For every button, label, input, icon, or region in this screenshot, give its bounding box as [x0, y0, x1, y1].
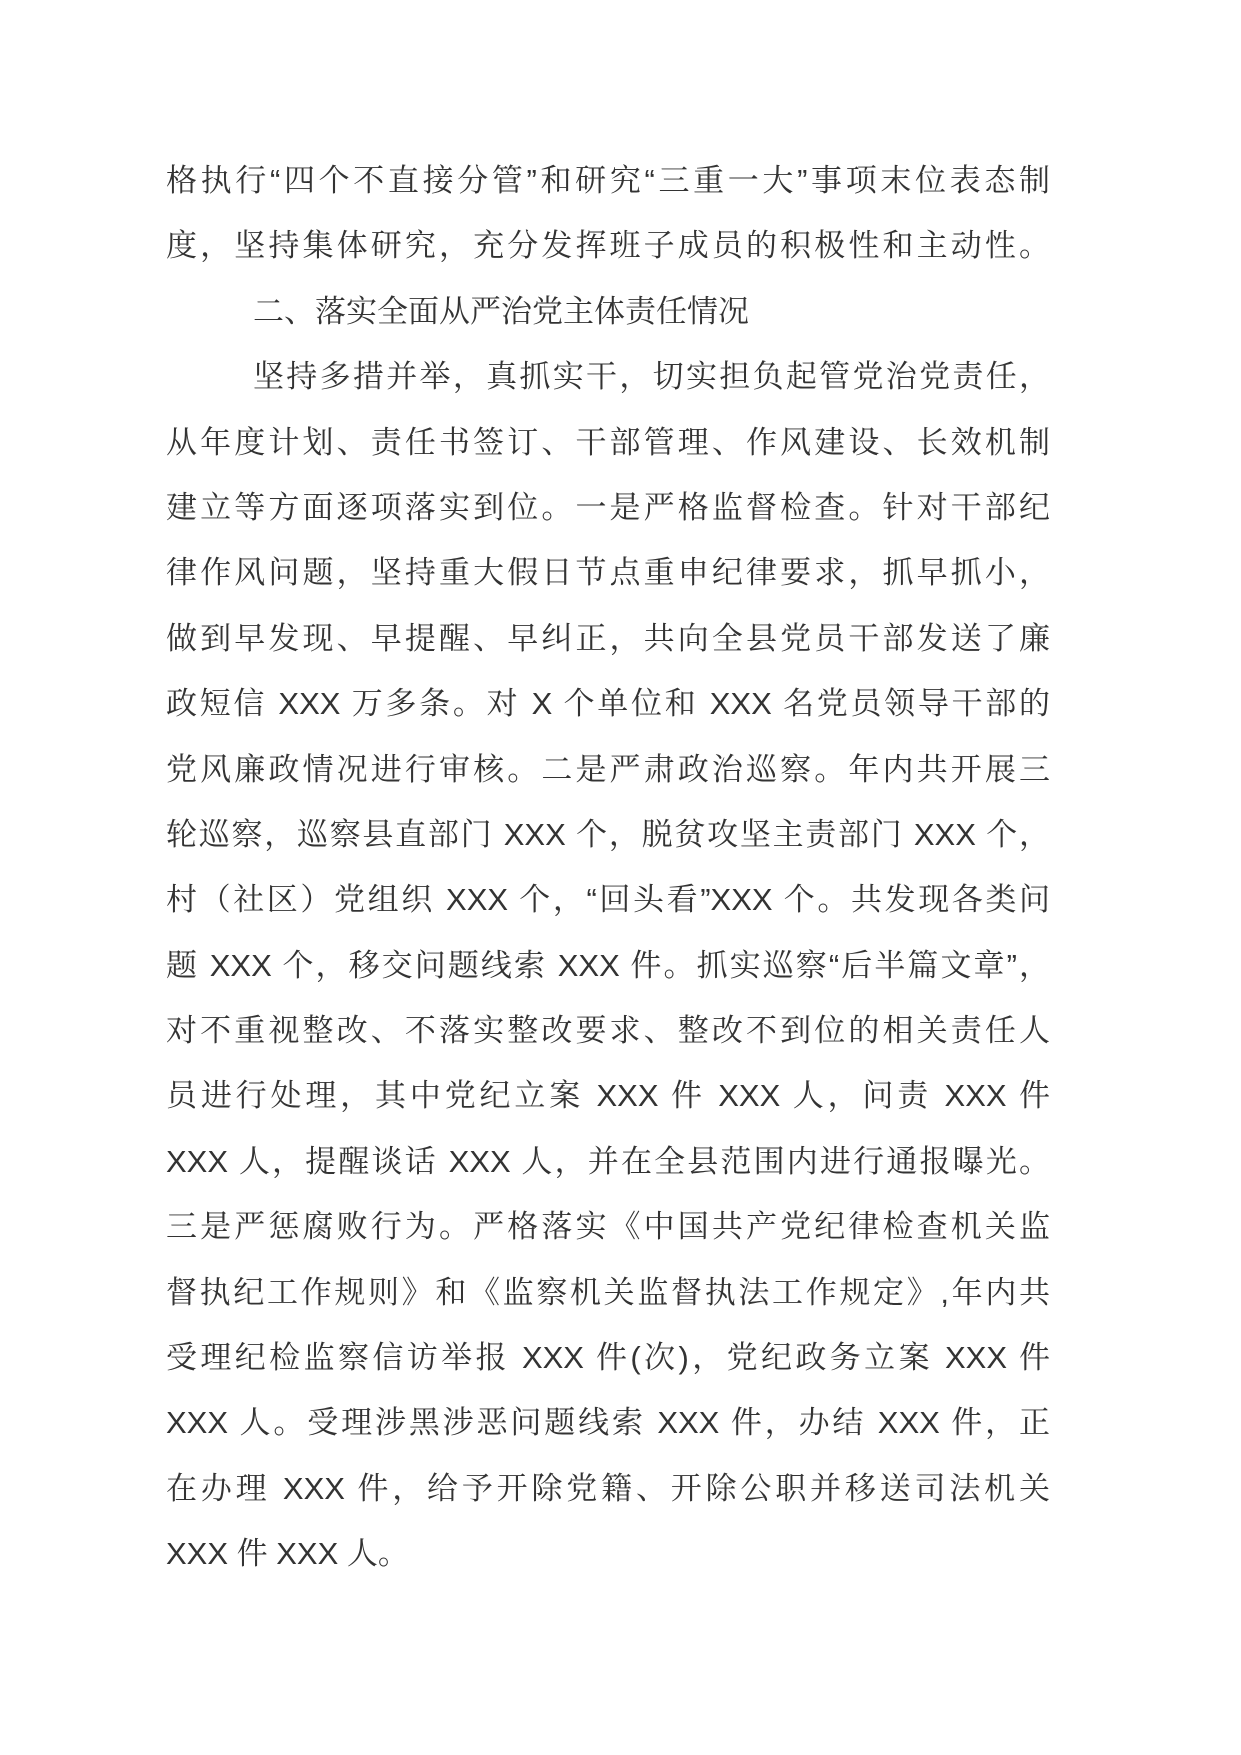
section-heading: 二、落实全面从严治党主体责任情况	[166, 279, 1050, 344]
text-line: 三是严惩腐败行为。严格落实《中国共产党纪律检查机关监	[166, 1194, 1050, 1259]
text-line: 格执行“四个不直接分管”和研究“三重一大”事项末位表态制	[166, 148, 1050, 213]
document-page: 格执行“四个不直接分管”和研究“三重一大”事项末位表态制 度，坚持集体研究，充分…	[0, 0, 1241, 1755]
text-line: 对不重视整改、不落实整改要求、整改不到位的相关责任人	[166, 998, 1050, 1063]
text-line: 村（社区）党组织 XXX 个，“回头看”XXX 个。共发现各类问	[166, 867, 1050, 932]
text-line: 律作风问题，坚持重大假日节点重申纪律要求，抓早抓小，	[166, 540, 1050, 605]
text-line: XXX 人，提醒谈话 XXX 人，并在全县范围内进行通报曝光。	[166, 1129, 1050, 1194]
text-line: XXX 人。受理涉黑涉恶问题线索 XXX 件，办结 XXX 件，正	[166, 1390, 1050, 1455]
text-line: XXX 件 XXX 人。	[166, 1521, 1050, 1586]
text-line: 题 XXX 个，移交问题线索 XXX 件。抓实巡察“后半篇文章”，	[166, 933, 1050, 998]
text-line: 在办理 XXX 件，给予开除党籍、开除公职并移送司法机关	[166, 1456, 1050, 1521]
text-line: 党风廉政情况进行审核。二是严肃政治巡察。年内共开展三	[166, 737, 1050, 802]
text-line: 度，坚持集体研究，充分发挥班子成员的积极性和主动性。	[166, 213, 1050, 278]
document-text-block: 格执行“四个不直接分管”和研究“三重一大”事项末位表态制 度，坚持集体研究，充分…	[166, 148, 1050, 1587]
text-line: 政短信 XXX 万多条。对 X 个单位和 XXX 名党员领导干部的	[166, 671, 1050, 736]
text-line: 建立等方面逐项落实到位。一是严格监督检查。针对干部纪	[166, 475, 1050, 540]
text-line: 轮巡察，巡察县直部门 XXX 个，脱贫攻坚主责部门 XXX 个，	[166, 802, 1050, 867]
text-line: 受理纪检监察信访举报 XXX 件(次)，党纪政务立案 XXX 件	[166, 1325, 1050, 1390]
text-line: 督执纪工作规则》和《监察机关监督执法工作规定》,年内共	[166, 1260, 1050, 1325]
text-line: 做到早发现、早提醒、早纠正，共向全县党员干部发送了廉	[166, 606, 1050, 671]
text-line: 坚持多措并举，真抓实干，切实担负起管党治党责任，	[166, 344, 1050, 409]
text-line: 员进行处理，其中党纪立案 XXX 件 XXX 人，问责 XXX 件	[166, 1063, 1050, 1128]
text-line: 从年度计划、责任书签订、干部管理、作风建设、长效机制	[166, 410, 1050, 475]
